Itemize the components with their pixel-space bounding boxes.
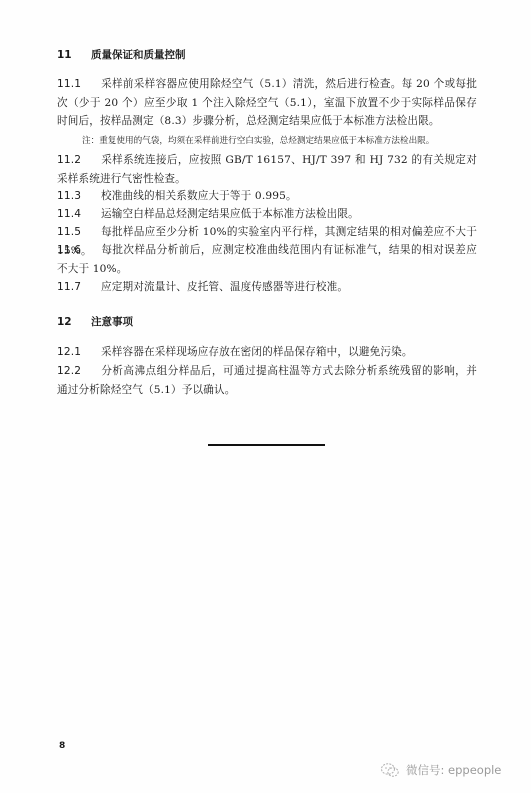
clause-text: 每批次样品分析前后，应测定校准曲线范围内有证标准气，结果的相对误差应不大于 10… bbox=[57, 244, 477, 275]
clause-11-2: 11.2采样系统连接后，应按照 GB/T 16157、HJ/T 397 和 HJ… bbox=[57, 151, 477, 188]
clause-text: 采样系统连接后，应按照 GB/T 16157、HJ/T 397 和 HJ 732… bbox=[57, 154, 477, 185]
clause-text: 校准曲线的相关系数应大于等于 0.995。 bbox=[101, 190, 297, 202]
clause-12-1: 12.1采样容器在采样现场应存放在密闭的样品保存箱中，以避免污染。 bbox=[57, 343, 477, 362]
clause-text: 采样前采样容器应使用除烃空气（5.1）清洗，然后进行检查。每 20 个或每批次（… bbox=[57, 78, 477, 127]
page-number: 8 bbox=[59, 741, 65, 751]
clause-number: 11.5 bbox=[57, 223, 101, 242]
watermark: 微信号: eppeople bbox=[380, 762, 501, 778]
section-title: 质量保证和质量控制 bbox=[91, 49, 186, 61]
clause-number: 11.1 bbox=[57, 75, 101, 94]
clause-11-1: 11.1采样前采样容器应使用除烃空气（5.1）清洗，然后进行检查。每 20 个或… bbox=[57, 75, 477, 131]
clause-12-2: 12.2分析高沸点组分样品后，可通过提高柱温等方式去除分析系统残留的影响，并通过… bbox=[57, 362, 477, 399]
clause-11-3: 11.3校准曲线的相关系数应大于等于 0.995。 bbox=[57, 187, 477, 206]
document-page: 11质量保证和质量控制 11.1采样前采样容器应使用除烃空气（5.1）清洗，然后… bbox=[0, 0, 531, 793]
clause-number: 11.4 bbox=[57, 205, 101, 224]
clause-text: 运输空白样品总烃测定结果应低于本标准方法检出限。 bbox=[101, 208, 359, 220]
clause-number: 11.3 bbox=[57, 187, 101, 206]
clause-number: 11.2 bbox=[57, 151, 101, 170]
clause-text: 采样容器在采样现场应存放在密闭的样品保存箱中，以避免污染。 bbox=[101, 346, 413, 358]
section-11-heading: 11质量保证和质量控制 bbox=[57, 47, 186, 62]
clause-11-4: 11.4运输空白样品总烃测定结果应低于本标准方法检出限。 bbox=[57, 205, 477, 224]
clause-text: 分析高沸点组分样品后，可通过提高柱温等方式去除分析系统残留的影响，并通过分析除烃… bbox=[57, 365, 477, 396]
clause-text: 应定期对流量计、皮托管、温度传感器等进行校准。 bbox=[101, 281, 348, 293]
section-title: 注意事项 bbox=[91, 316, 133, 328]
end-rule bbox=[208, 444, 325, 446]
clause-11-7: 11.7应定期对流量计、皮托管、温度传感器等进行校准。 bbox=[57, 278, 477, 297]
watermark-text: 微信号: eppeople bbox=[406, 762, 501, 778]
section-number: 12 bbox=[57, 316, 91, 328]
section-12-heading: 12注意事项 bbox=[57, 314, 133, 329]
section-number: 11 bbox=[57, 49, 91, 61]
clause-11-6: 11.6每批次样品分析前后，应测定校准曲线范围内有证标准气，结果的相对误差应不大… bbox=[57, 241, 477, 278]
clause-number: 12.2 bbox=[57, 362, 101, 381]
clause-number: 12.1 bbox=[57, 343, 101, 362]
clause-number: 11.6 bbox=[57, 241, 101, 260]
note-11-1: 注：重复使用的气袋，均须在采样前进行空白实验，总烃测定结果应低于本标准方法检出限… bbox=[82, 134, 482, 148]
clause-number: 11.7 bbox=[57, 278, 101, 297]
wechat-icon bbox=[380, 762, 400, 778]
